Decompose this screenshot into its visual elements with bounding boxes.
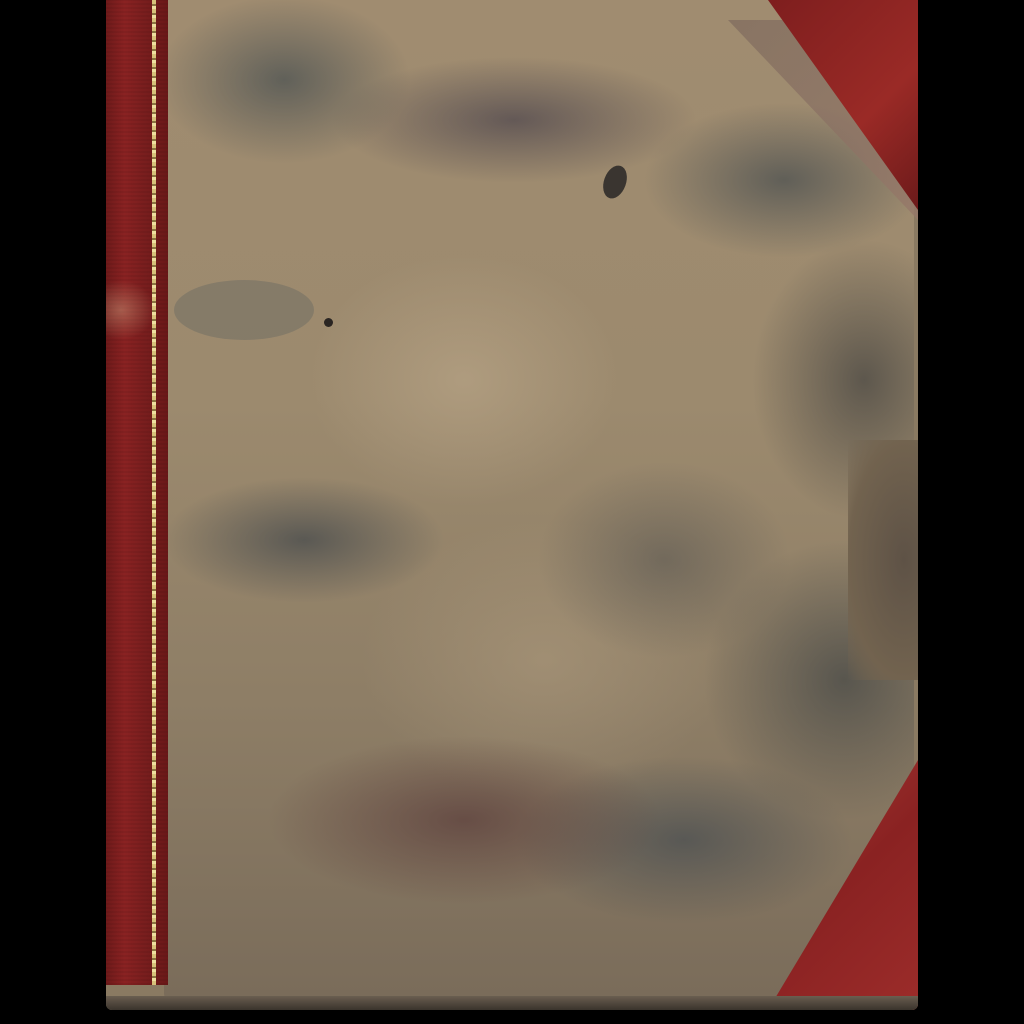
bottom-edge (106, 996, 918, 1010)
marbled-board (164, 0, 914, 998)
gold-tooled-line (152, 0, 156, 985)
book-cover (106, 0, 918, 1010)
ink-dot (324, 318, 333, 327)
ink-stain (599, 162, 631, 201)
water-stain (174, 280, 314, 340)
red-spine (106, 0, 168, 985)
damaged-fore-edge (848, 440, 918, 680)
spine-wear (106, 280, 156, 340)
